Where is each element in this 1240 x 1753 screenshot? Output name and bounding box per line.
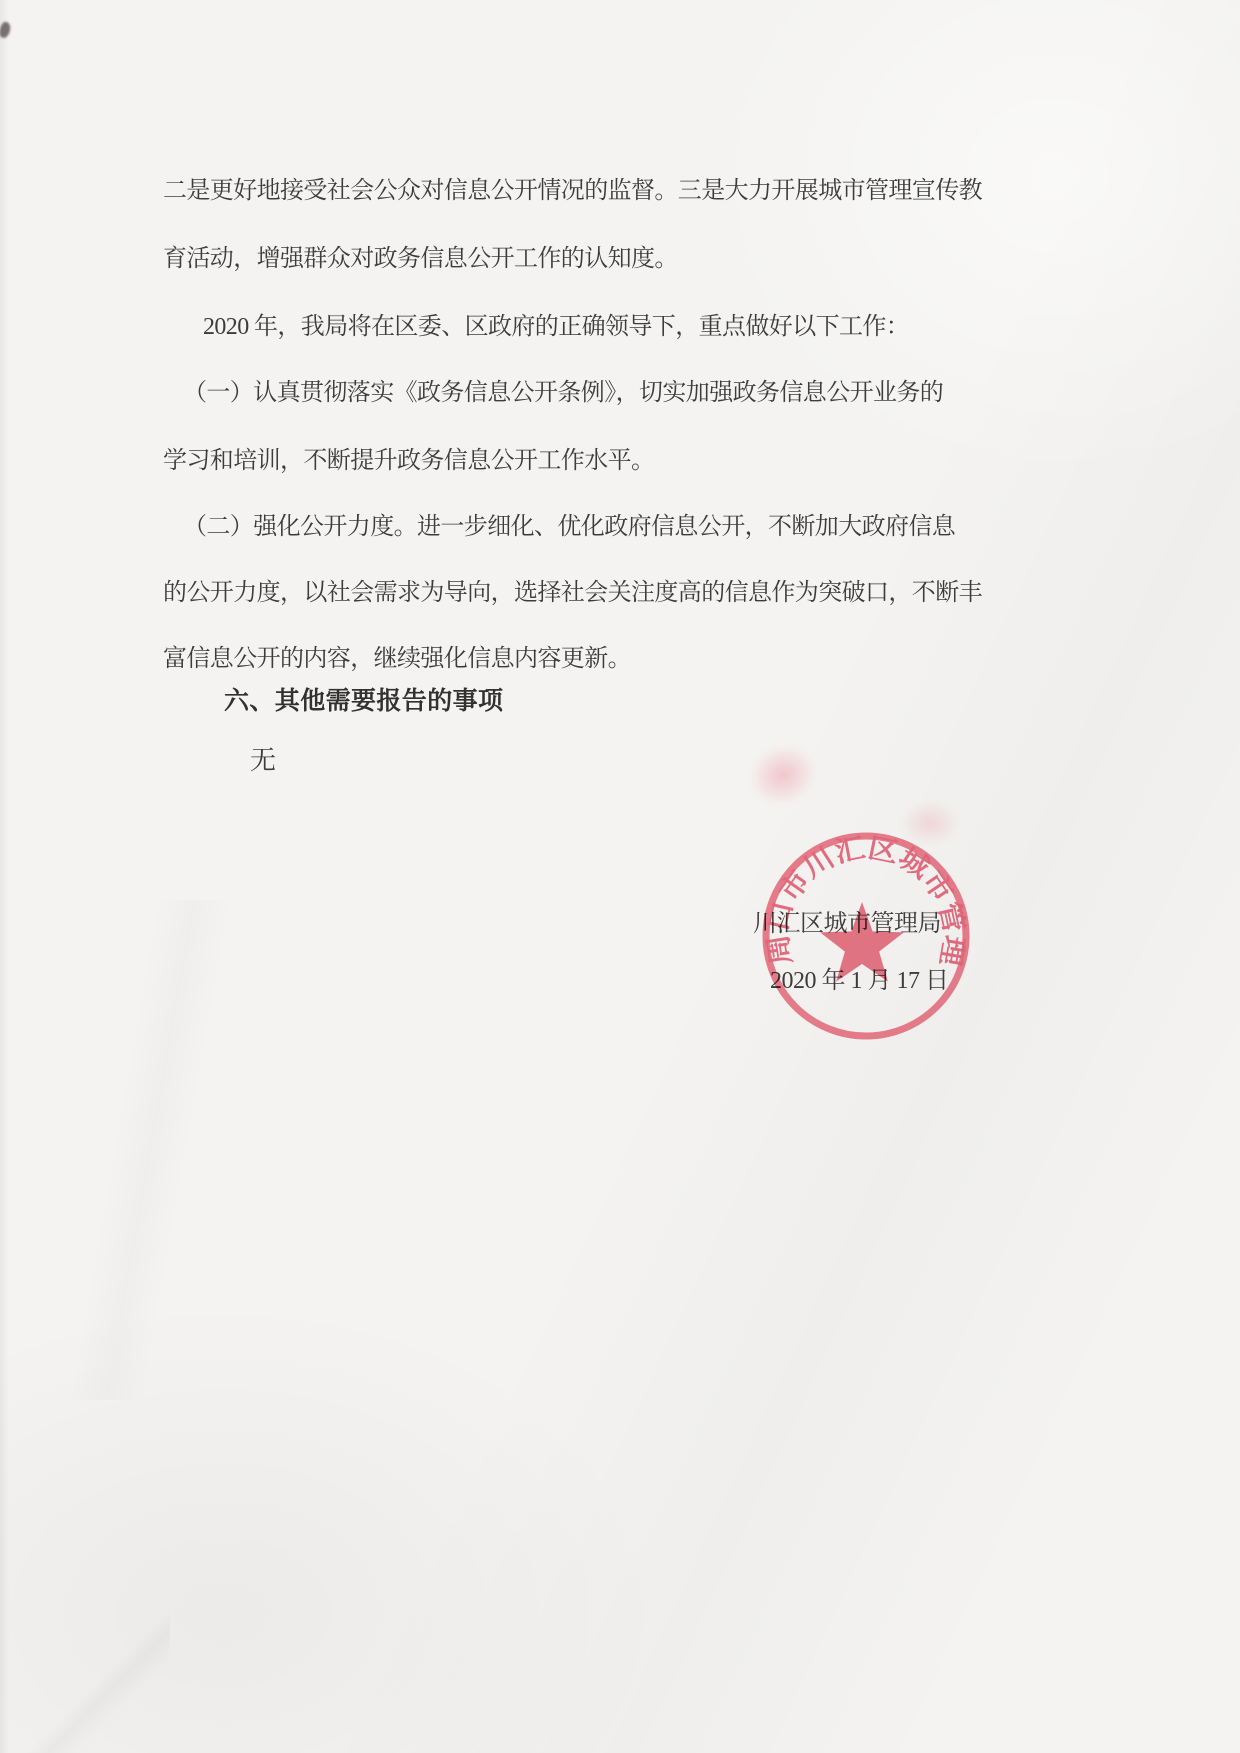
scan-artifact-fold (0, 1600, 170, 1753)
scan-artifact-ink-smudge (739, 733, 828, 817)
document-line: （二）强化公开力度。进一步细化、优化政府信息公开，不断加大政府信息 (183, 506, 955, 541)
scanned-document-page: { "page": { "paper_color": "#f4f3f1", "i… (0, 0, 1240, 1753)
document-line: 育活动，增强群众对政务信息公开工作的认知度。 (163, 238, 678, 273)
section-content-none: 无 (250, 740, 275, 777)
document-line: 2020 年，我局将在区委、区政府的正确领导下，重点做好以下工作： (203, 306, 909, 341)
document-line: 的公开力度，以社会需求为导向，选择社会关注度高的信息作为突破口，不断丰 (163, 572, 982, 607)
document-line: 二是更好地接受社会公众对信息公开情况的监督。三是大力开展城市管理宣传教 (163, 170, 982, 205)
document-line: （一）认真贯彻落实《政务信息公开条例》，切实加强政务信息公开业务的 (183, 372, 943, 407)
document-line: 富信息公开的内容，继续强化信息内容更新。 (163, 638, 631, 673)
official-seal: 周口市川汇区城市管理局 (754, 824, 978, 1048)
star-icon (820, 902, 904, 982)
document-line: 学习和培训，不断提升政务信息公开工作水平。 (163, 440, 654, 475)
scan-artifact-corner-spot (0, 21, 12, 39)
scan-artifact-crease (0, 900, 300, 1400)
section-heading: 六、其他需要报告的事项 (224, 681, 503, 717)
